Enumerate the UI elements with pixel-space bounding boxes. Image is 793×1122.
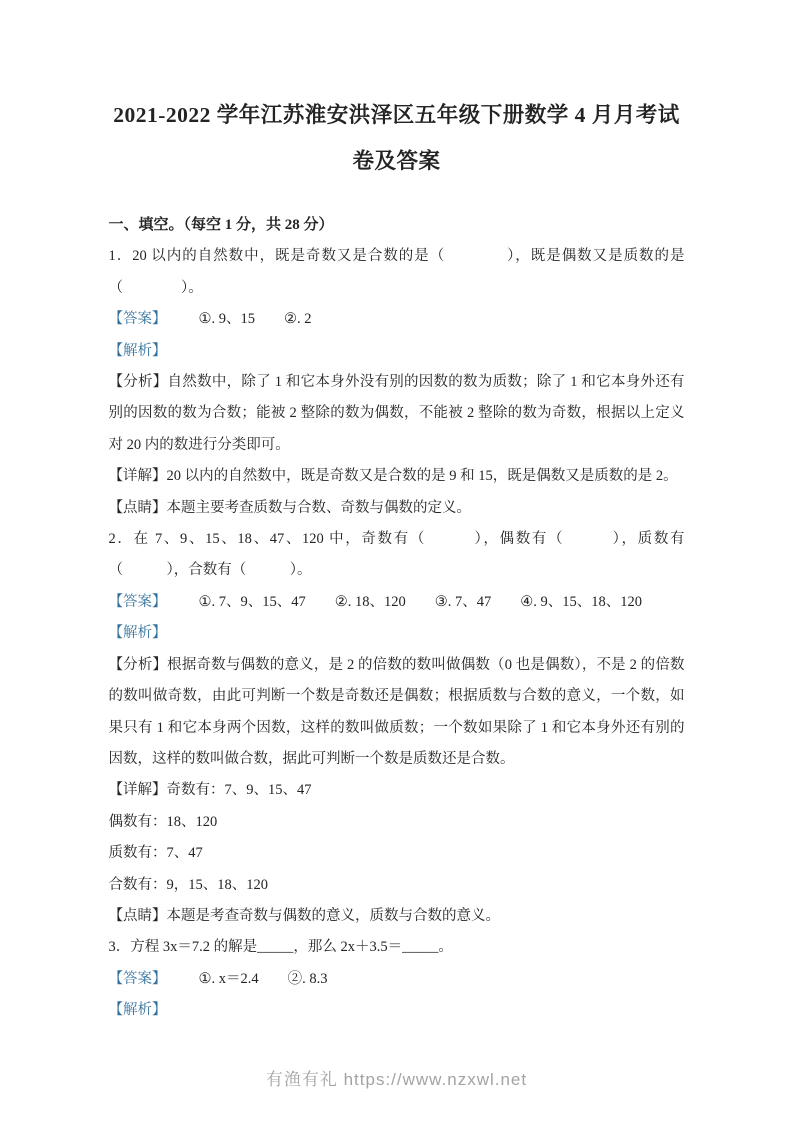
question-1-text: 1．20 以内的自然数中，既是奇数又是合数的是（ ），既是偶数又是质数的是（ ）… (109, 241, 685, 304)
question-2-detail-line-2: 偶数有：18、120 (109, 807, 685, 838)
exam-title: 2021-2022 学年江苏淮安洪泽区五年级下册数学 4 月月考试 卷及答案 (0, 0, 793, 184)
question-3-answer-row: 【答案】①. x＝2.4 ②. 8.3 (109, 964, 685, 995)
answer-label: 【答案】 (109, 594, 167, 610)
answer-value: ①. 7、9、15、47 ②. 18、120 ③. 7、47 ④. 9、15、1… (199, 594, 643, 610)
section-1-heading: 一、填空。（每空 1 分，共 28 分） (109, 210, 685, 241)
exam-content: 一、填空。（每空 1 分，共 28 分） 1．20 以内的自然数中，既是奇数又是… (109, 210, 685, 1027)
question-1-note: 【点睛】本题主要考查质数与合数、奇数与偶数的定义。 (109, 493, 685, 524)
question-2-analysis: 【分析】根据奇数与偶数的意义，是 2 的倍数的数叫做偶数（0 也是偶数），不是 … (109, 650, 685, 776)
answer-value: ①. x＝2.4 ②. 8.3 (199, 971, 328, 987)
exam-document-page: 2021-2022 学年江苏淮安洪泽区五年级下册数学 4 月月考试 卷及答案 一… (0, 0, 793, 1122)
question-2-text: 2．在 7、9、15、18、47、120 中，奇数有（ ），偶数有（ ），质数有… (109, 524, 685, 587)
question-1-analysis: 【分析】自然数中，除了 1 和它本身外没有别的因数的数为质数；除了 1 和它本身… (109, 367, 685, 461)
question-2-jiexi-row: 【解析】 (109, 618, 685, 649)
jiexi-label: 【解析】 (109, 1002, 167, 1018)
site-watermark: 有渔有礼 https://www.nzxwl.net (0, 1065, 793, 1090)
exam-title-line-1: 2021-2022 学年江苏淮安洪泽区五年级下册数学 4 月月考试 (0, 92, 793, 138)
question-2-detail-line-4: 合数有：9，15、18、120 (109, 870, 685, 901)
answer-label: 【答案】 (109, 971, 167, 987)
question-2-detail-line-1: 【详解】奇数有：7、9、15、47 (109, 775, 685, 806)
question-1-jiexi-row: 【解析】 (109, 336, 685, 367)
jiexi-label: 【解析】 (109, 343, 167, 359)
jiexi-label: 【解析】 (109, 625, 167, 641)
question-1-detail: 【详解】20 以内的自然数中，既是奇数又是合数的是 9 和 15，既是偶数又是质… (109, 461, 685, 492)
answer-value: ①. 9、15 ②. 2 (199, 311, 312, 327)
question-1-answer-row: 【答案】①. 9、15 ②. 2 (109, 304, 685, 335)
question-3-text: 3．方程 3x＝7.2 的解是_____，那么 2x＋3.5＝_____。 (109, 932, 685, 963)
question-3-jiexi-row: 【解析】 (109, 995, 685, 1026)
question-2-note: 【点睛】本题是考查奇数与偶数的意义，质数与合数的意义。 (109, 901, 685, 932)
exam-title-line-2: 卷及答案 (0, 138, 793, 184)
question-2-detail-line-3: 质数有：7、47 (109, 838, 685, 869)
answer-label: 【答案】 (109, 311, 167, 327)
question-2-answer-row: 【答案】①. 7、9、15、47 ②. 18、120 ③. 7、47 ④. 9、… (109, 587, 685, 618)
